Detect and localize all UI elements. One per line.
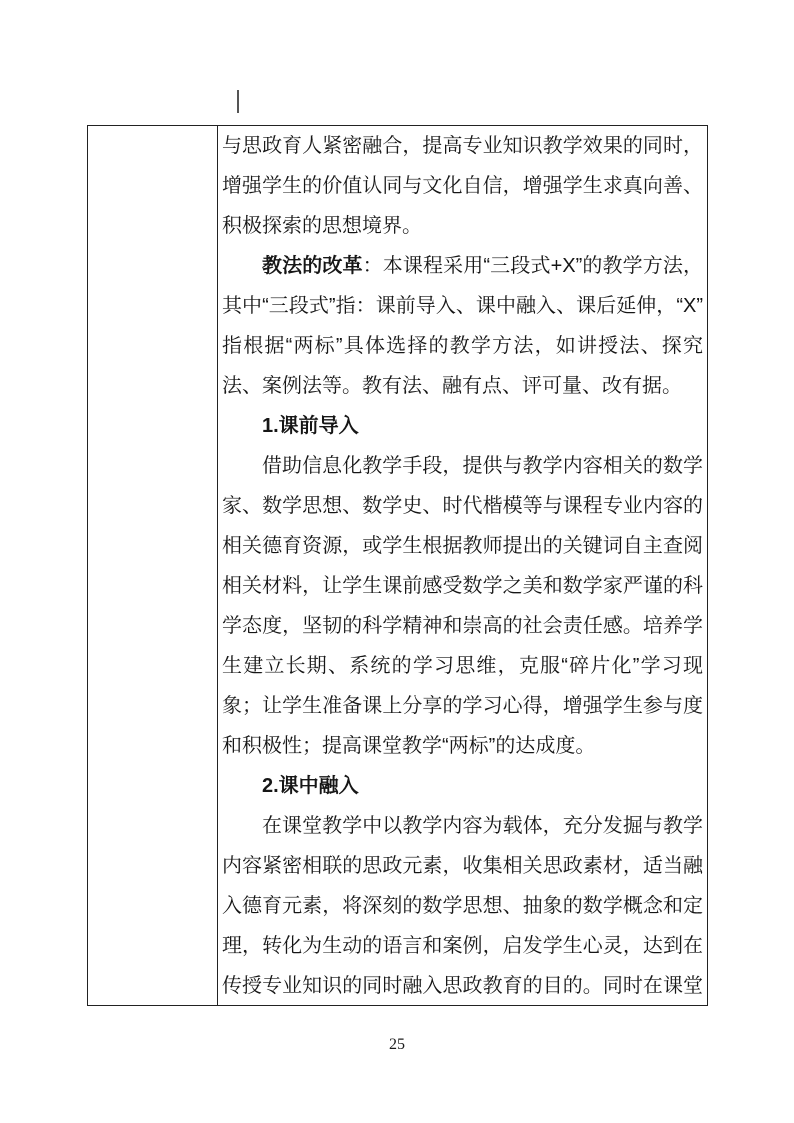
page-footer: 25 xyxy=(0,1036,794,1054)
content-table: 与思政育人紧密融合，提高专业知识教学效果的同时，增强学生的价值认同与文化自信，增… xyxy=(87,125,708,1006)
bold-text-run: 教法的改革 xyxy=(262,255,363,277)
bold-text-run: 1.课前导入 xyxy=(262,415,359,437)
paragraph: 2.课中融入 xyxy=(222,766,703,806)
document-page: 与思政育人紧密融合，提高专业知识教学效果的同时，增强学生的价值认同与文化自信，增… xyxy=(0,0,794,1123)
paragraph: 教法的改革：本课程采用“三段式+X”的教学方法，其中“三段式”指：课前导入、课中… xyxy=(222,246,703,406)
bold-text-run: 2.课中融入 xyxy=(262,775,359,797)
paragraph: 借助信息化教学手段，提供与教学内容相关的数学家、数学思想、数学史、时代楷模等与课… xyxy=(222,446,703,766)
table-continuation-tick xyxy=(237,90,239,113)
page-number: 25 xyxy=(389,1036,405,1053)
text-run: 在课堂教学中以教学内容为载体，充分发掘与教学内容紧密相联的思政元素，收集相关思政… xyxy=(222,815,703,1005)
paragraph: 在课堂教学中以教学内容为载体，充分发掘与教学内容紧密相联的思政元素，收集相关思政… xyxy=(222,806,703,1005)
table-cell-content: 与思政育人紧密融合，提高专业知识教学效果的同时，增强学生的价值认同与文化自信，增… xyxy=(222,126,703,1005)
table-cell-left xyxy=(88,126,218,1005)
paragraph: 与思政育人紧密融合，提高专业知识教学效果的同时，增强学生的价值认同与文化自信，增… xyxy=(222,126,703,246)
text-run: 与思政育人紧密融合，提高专业知识教学效果的同时，增强学生的价值认同与文化自信，增… xyxy=(222,135,703,237)
paragraph: 1.课前导入 xyxy=(222,406,703,446)
text-run: 借助信息化教学手段，提供与教学内容相关的数学家、数学思想、数学史、时代楷模等与课… xyxy=(222,455,703,757)
table-cell-right: 与思政育人紧密融合，提高专业知识教学效果的同时，增强学生的价值认同与文化自信，增… xyxy=(218,126,707,1005)
